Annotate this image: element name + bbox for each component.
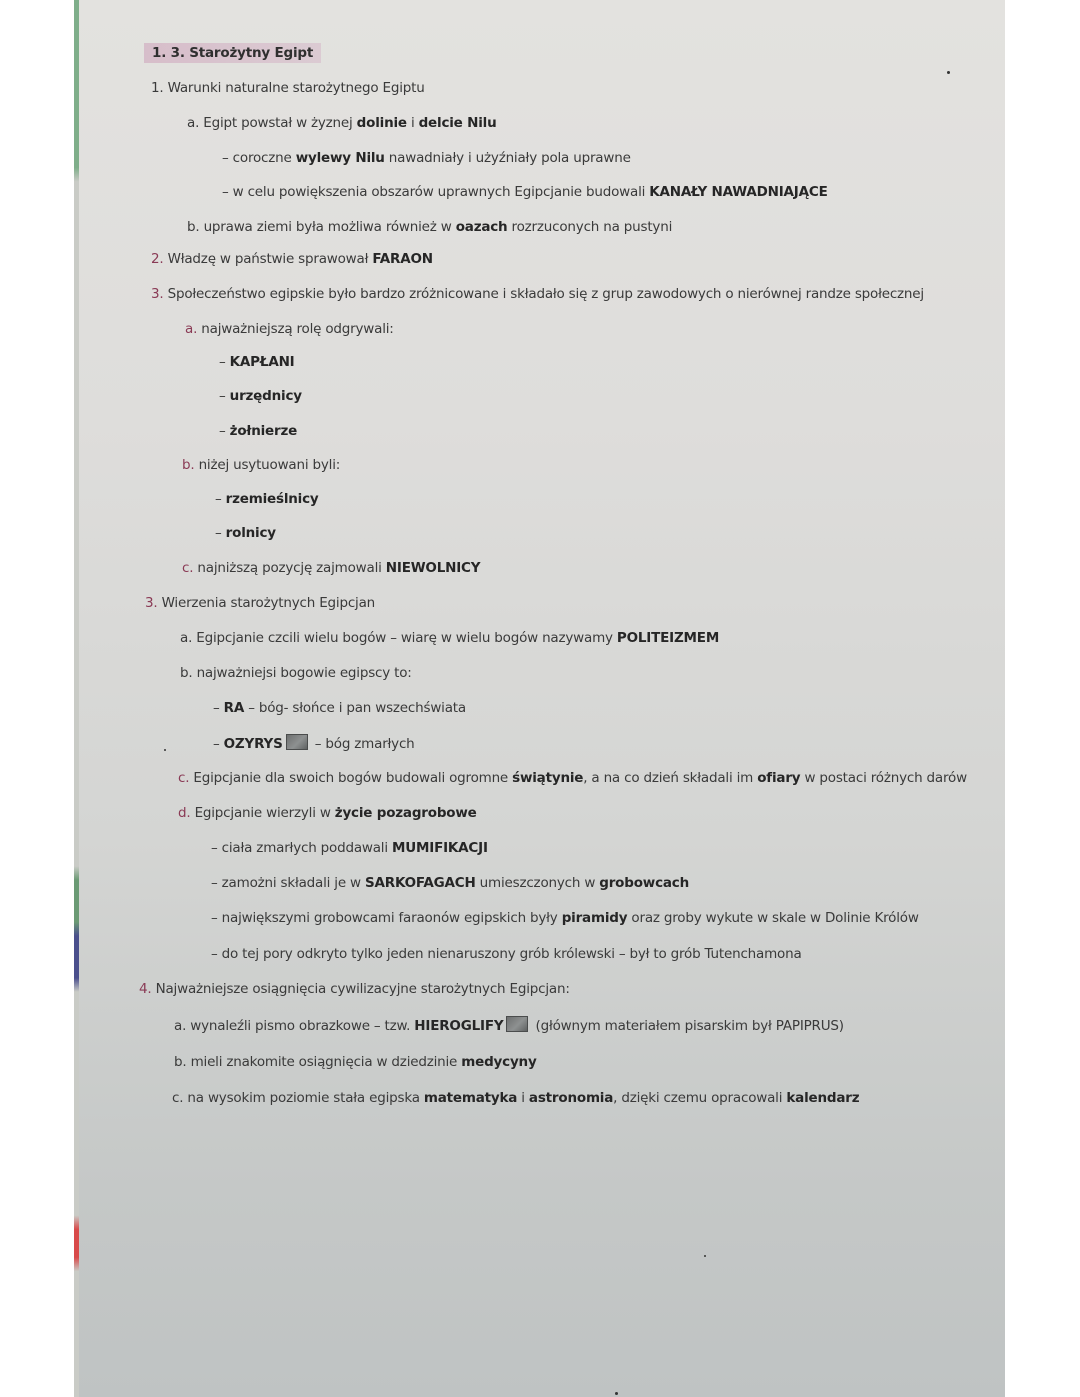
text-fragment: uprawa ziemi była możliwa również w (204, 219, 456, 235)
text-fragment: – (222, 184, 229, 200)
text-fragment: niżej usytuowani byli: (199, 457, 341, 473)
dust-speck (164, 749, 166, 751)
dust-speck (704, 1255, 706, 1257)
text-fragment: 1. (151, 80, 163, 96)
text-fragment: ciała zmarłych poddawali (222, 840, 392, 856)
text-fragment: – bóg- słońce i pan wszechświata (244, 700, 466, 716)
list-item: c. na wysokim poziomie stała egipska mat… (172, 1089, 859, 1107)
text-fragment: do tej pory odkryto tylko jeden nienarus… (222, 946, 802, 962)
text-fragment: urzędnicy (230, 388, 302, 404)
list-item: b. mieli znakomite osiągnięcia w dziedzi… (174, 1053, 537, 1071)
text-fragment: Społeczeństwo egipskie było bardzo zróżn… (168, 286, 924, 302)
list-item: – rolnicy (215, 524, 276, 542)
dust-speck (947, 71, 950, 74)
text-fragment: w postaci różnych darów (800, 770, 967, 786)
list-item: c. najniższą pozycję zajmowali NIEWOLNIC… (182, 559, 480, 577)
text-fragment: – bóg zmarłych (311, 736, 415, 752)
text-fragment: ofiary (757, 770, 800, 786)
list-item: – do tej pory odkryto tylko jeden nienar… (211, 945, 802, 963)
text-fragment: na wysokim poziomie stała egipska (187, 1090, 423, 1106)
text-fragment: rolnicy (226, 525, 276, 541)
list-item: b. uprawa ziemi była możliwa również w o… (187, 218, 672, 236)
text-fragment: najważniejsi bogowie egipscy to: (197, 665, 412, 681)
image-placeholder-icon (506, 1016, 528, 1032)
list-item: – zamożni składali je w SARKOFAGACH umie… (211, 874, 689, 892)
text-fragment: i (517, 1090, 529, 1106)
text-fragment: delcie Nilu (419, 115, 497, 131)
text-fragment: dolinie (357, 115, 407, 131)
text-fragment: POLITEIZMEM (617, 630, 719, 646)
text-fragment: życie pozagrobowe (335, 805, 477, 821)
list-item: b. najważniejsi bogowie egipscy to: (180, 664, 412, 682)
text-fragment: – (211, 875, 218, 891)
text-fragment: a. (180, 630, 192, 646)
text-fragment: i (407, 115, 419, 131)
text-fragment: umieszczonych w (476, 875, 600, 891)
text-fragment: matematyka (424, 1090, 517, 1106)
text-fragment: a. (185, 321, 197, 337)
text-fragment: – (222, 150, 229, 166)
text-fragment: c. (182, 560, 193, 576)
text-fragment: , dzięki czemu opracowali (613, 1090, 786, 1106)
text-fragment: 3. (151, 286, 163, 302)
text-fragment: mieli znakomite osiągnięcia w dziedzinie (191, 1054, 462, 1070)
text-fragment: zamożni składali je w (222, 875, 365, 891)
text-fragment: medycyny (461, 1054, 536, 1070)
text-fragment: nawadniały i użyźniały pola uprawne (385, 150, 631, 166)
document-page: 1. 3. Starożytny Egipt 1. Warunki natura… (79, 0, 1005, 1397)
text-fragment: , a na co dzień składali im (583, 770, 757, 786)
list-item: d. Egipcjanie wierzyli w życie pozagrobo… (178, 804, 477, 822)
text-fragment: Warunki naturalne starożytnego Egiptu (168, 80, 425, 96)
list-item: – rzemieślnicy (215, 490, 318, 508)
text-fragment: 4. (139, 981, 151, 997)
text-fragment: – (211, 840, 218, 856)
text-fragment: najważniejszą rolę odgrywali: (201, 321, 393, 337)
text-fragment: (głównym materiałem pisarskim był PAPIPR… (531, 1018, 843, 1034)
text-fragment: rozrzuconych na pustyni (507, 219, 672, 235)
text-fragment: NIEWOLNICY (386, 560, 481, 576)
text-fragment: – (215, 491, 222, 507)
list-item: a. Egipt powstał w żyznej dolinie i delc… (187, 114, 497, 132)
section-3-heading: 3. Społeczeństwo egipskie było bardzo zr… (151, 285, 924, 303)
text-fragment: – (211, 946, 218, 962)
text-fragment: – (219, 388, 226, 404)
text-fragment: HIEROGLIFY (414, 1018, 503, 1034)
text-fragment: świątynie (512, 770, 583, 786)
dust-speck (615, 1392, 618, 1395)
list-item: a. najważniejszą rolę odgrywali: (185, 320, 394, 338)
section-4-heading: 4. Najważniejsze osiągnięcia cywilizacyj… (139, 980, 570, 998)
text-fragment: żołnierze (230, 423, 297, 439)
list-item: – KAPŁANI (219, 353, 295, 371)
text-fragment: – (213, 736, 220, 752)
text-fragment: piramidy (562, 910, 628, 926)
section-beliefs-heading: 3. Wierzenia starożytnych Egipcjan (145, 594, 375, 612)
text-fragment: b. (182, 457, 194, 473)
text-fragment: wylewy Nilu (296, 150, 385, 166)
text-fragment: MUMIFIKACJI (392, 840, 488, 856)
text-fragment: Egipcjanie dla swoich bogów budowali ogr… (193, 770, 512, 786)
document-title: 1. 3. Starożytny Egipt (144, 43, 321, 63)
text-fragment: 2. (151, 251, 163, 267)
text-fragment: – (213, 700, 220, 716)
text-fragment: coroczne (233, 150, 296, 166)
text-fragment: Wierzenia starożytnych Egipcjan (162, 595, 375, 611)
text-fragment: RA (224, 700, 244, 716)
text-fragment: Egipt powstał w żyznej (203, 115, 356, 131)
text-fragment: a. (187, 115, 199, 131)
text-fragment: astronomia (529, 1090, 613, 1106)
text-fragment: KAPŁANI (230, 354, 295, 370)
text-fragment: grobowcach (599, 875, 689, 891)
text-fragment: SARKOFAGACH (365, 875, 476, 891)
text-fragment: 3. (145, 595, 157, 611)
list-item: – żołnierze (219, 422, 297, 440)
text-fragment: b. (187, 219, 199, 235)
text-fragment: rzemieślnicy (226, 491, 319, 507)
image-placeholder-icon (286, 734, 308, 750)
list-item: a. wynaleźli pismo obrazkowe – tzw. HIER… (174, 1016, 844, 1035)
text-fragment: oazach (456, 219, 508, 235)
text-fragment: – (219, 354, 226, 370)
list-item: – największymi grobowcami faraonów egips… (211, 909, 919, 927)
text-fragment: b. (180, 665, 192, 681)
section-1-heading: 1. Warunki naturalne starożytnego Egiptu (151, 79, 425, 97)
text-fragment: kalendarz (786, 1090, 859, 1106)
text-fragment: wynaleźli pismo obrazkowe – tzw. (190, 1018, 414, 1034)
document-title-row: 1. 3. Starożytny Egipt (152, 44, 321, 62)
text-fragment: d. (178, 805, 190, 821)
section-2-heading: 2. Władzę w państwie sprawował FARAON (151, 250, 433, 268)
text-fragment: b. (174, 1054, 186, 1070)
text-fragment: Władzę w państwie sprawował (168, 251, 373, 267)
text-fragment: c. (172, 1090, 183, 1106)
text-fragment: Najważniejsze osiągnięcia cywilizacyjne … (156, 981, 570, 997)
text-fragment: – (215, 525, 222, 541)
list-item: – urzędnicy (219, 387, 302, 405)
text-fragment: FARAON (372, 251, 433, 267)
text-fragment: w celu powiększenia obszarów uprawnych E… (233, 184, 650, 200)
text-fragment: najniższą pozycję zajmowali (197, 560, 385, 576)
text-fragment: OZYRYS (224, 736, 283, 752)
list-item: – RA – bóg- słońce i pan wszechświata (213, 699, 466, 717)
text-fragment: największymi grobowcami faraonów egipski… (222, 910, 562, 926)
list-item: a. Egipcjanie czcili wielu bogów – wiarę… (180, 629, 719, 647)
text-fragment: c. (178, 770, 189, 786)
text-fragment: KANAŁY NAWADNIAJĄCE (649, 184, 827, 200)
list-item: – w celu powiększenia obszarów uprawnych… (222, 183, 828, 201)
text-fragment: a. (174, 1018, 186, 1034)
text-fragment: – (211, 910, 218, 926)
list-item: – ciała zmarłych poddawali MUMIFIKACJI (211, 839, 488, 857)
text-fragment: oraz groby wykute w skale w Dolinie Król… (627, 910, 918, 926)
list-item: – coroczne wylewy Nilu nawadniały i użyź… (222, 149, 631, 167)
list-item: – OZYRYS – bóg zmarłych (213, 734, 415, 753)
text-fragment: Egipcjanie czcili wielu bogów – wiarę w … (196, 630, 617, 646)
text-fragment: Egipcjanie wierzyli w (195, 805, 335, 821)
list-item: b. niżej usytuowani byli: (182, 456, 340, 474)
list-item: c. Egipcjanie dla swoich bogów budowali … (178, 769, 967, 787)
text-fragment: – (219, 423, 226, 439)
